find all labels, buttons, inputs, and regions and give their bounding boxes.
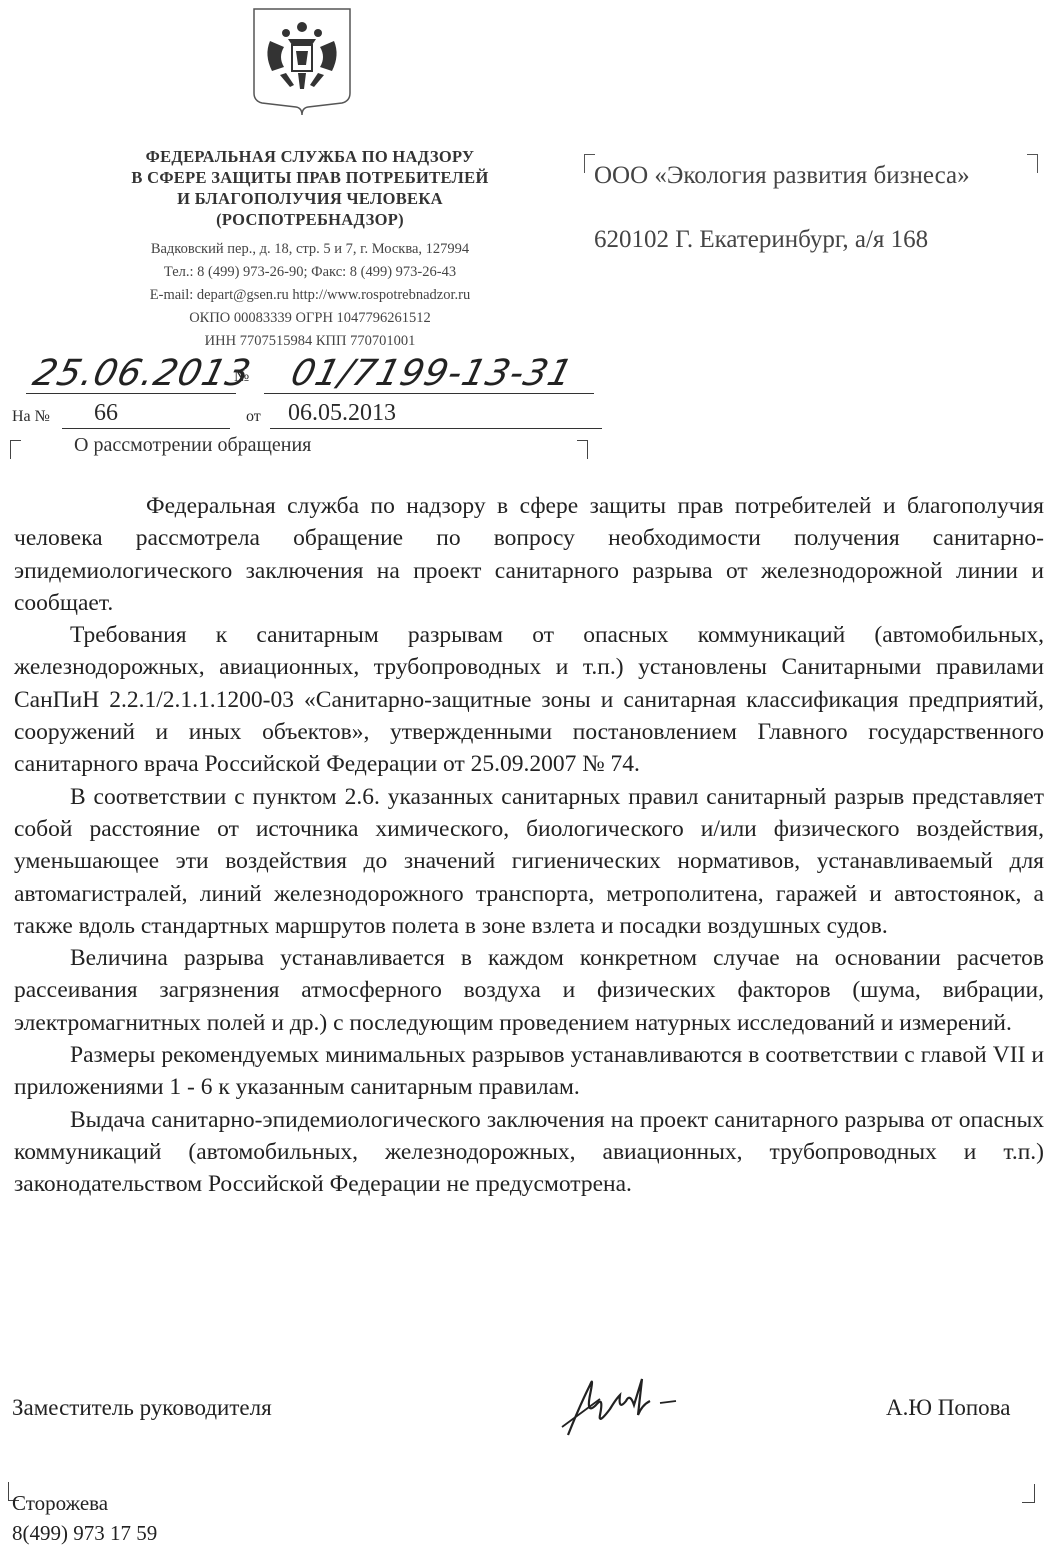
- registration-date-field: 25.06.2013: [26, 353, 236, 394]
- reference-number-field: 66: [62, 400, 230, 429]
- org-name-line: (РОСПОТРЕБНАДЗОР): [80, 209, 540, 230]
- org-phone-fax: Тел.: 8 (499) 973-26-90; Факс: 8 (499) 9…: [80, 261, 540, 284]
- org-email-web: E-mail: depart@gsen.ru http://www.rospot…: [80, 284, 540, 307]
- body-paragraph: Величина разрыва устанавливается в каждо…: [14, 942, 1044, 1039]
- recipient-name: ООО «Экология развития бизнеса»: [594, 162, 970, 190]
- org-inn-kpp: ИНН 7707515984 КПП 770701001: [80, 330, 540, 353]
- letterhead: ФЕДЕРАЛЬНАЯ СЛУЖБА ПО НАДЗОРУ В СФЕРЕ ЗА…: [80, 146, 540, 353]
- registration-number: 01/7199-13-31: [287, 353, 577, 394]
- org-address: Вадковский пер., д. 18, стр. 5 и 7, г. М…: [80, 238, 540, 261]
- executor-phone: 8(499) 973 17 59: [12, 1518, 157, 1548]
- subject-block: О рассмотрении обращения: [10, 432, 588, 462]
- org-name-line: ФЕДЕРАЛЬНАЯ СЛУЖБА ПО НАДЗОРУ: [80, 146, 540, 167]
- reference-number: 66: [94, 400, 118, 427]
- body-paragraph: В соответствии с пунктом 2.6. указанных …: [14, 781, 1044, 942]
- subject: О рассмотрении обращения: [74, 434, 311, 457]
- bracket-corner: [10, 440, 21, 459]
- org-name: ФЕДЕРАЛЬНАЯ СЛУЖБА ПО НАДЗОРУ В СФЕРЕ ЗА…: [80, 146, 540, 230]
- bracket-corner: [577, 440, 588, 459]
- recipient-address: 620102 Г. Екатеринбург, а/я 168: [594, 226, 928, 254]
- reference-date-field: 06.05.2013: [270, 400, 602, 429]
- letter-body: Федеральная служба по надзору в сфере за…: [14, 490, 1044, 1201]
- bracket-corner: [1022, 1484, 1035, 1503]
- registration-number-label: №: [234, 368, 249, 386]
- org-details: Вадковский пер., д. 18, стр. 5 и 7, г. М…: [80, 238, 540, 353]
- body-paragraph: Размеры рекомендуемых минимальных разрыв…: [14, 1039, 1044, 1104]
- org-name-line: И БЛАГОПОЛУЧИЯ ЧЕЛОВЕКА: [80, 188, 540, 209]
- executor-block: Сторожева 8(499) 973 17 59: [12, 1488, 157, 1548]
- reference-line: На № 66 от 06.05.2013: [12, 400, 592, 430]
- body-paragraph: Требования к санитарным разрывам от опас…: [14, 619, 1044, 780]
- registration-number-field: 01/7199-13-31: [264, 353, 594, 394]
- registration-line: 25.06.2013 № 01/7199-13-31: [12, 353, 590, 397]
- body-paragraph: Федеральная служба по надзору в сфере за…: [14, 490, 1044, 619]
- signatory-title: Заместитель руководителя: [12, 1395, 272, 1421]
- executor-name: Сторожева: [12, 1488, 157, 1518]
- reference-from-label: от: [246, 408, 261, 426]
- bracket-corner: [1027, 154, 1038, 173]
- reference-date: 06.05.2013: [288, 400, 396, 427]
- russian-coat-of-arms-icon: [250, 5, 354, 115]
- org-okpo-ogrn: ОКПО 00083339 ОГРН 1047796261512: [80, 307, 540, 330]
- signatory-name: А.Ю Попова: [886, 1395, 1010, 1421]
- org-name-line: В СФЕРЕ ЗАЩИТЫ ПРАВ ПОТРЕБИТЕЛЕЙ: [80, 167, 540, 188]
- body-paragraph: Выдача санитарно-эпидемиологического зак…: [14, 1104, 1044, 1201]
- reference-label: На №: [12, 408, 50, 426]
- registration-date: 25.06.2013: [29, 353, 255, 394]
- signature-icon: [560, 1365, 720, 1445]
- recipient-block: ООО «Экология развития бизнеса»: [578, 150, 1048, 190]
